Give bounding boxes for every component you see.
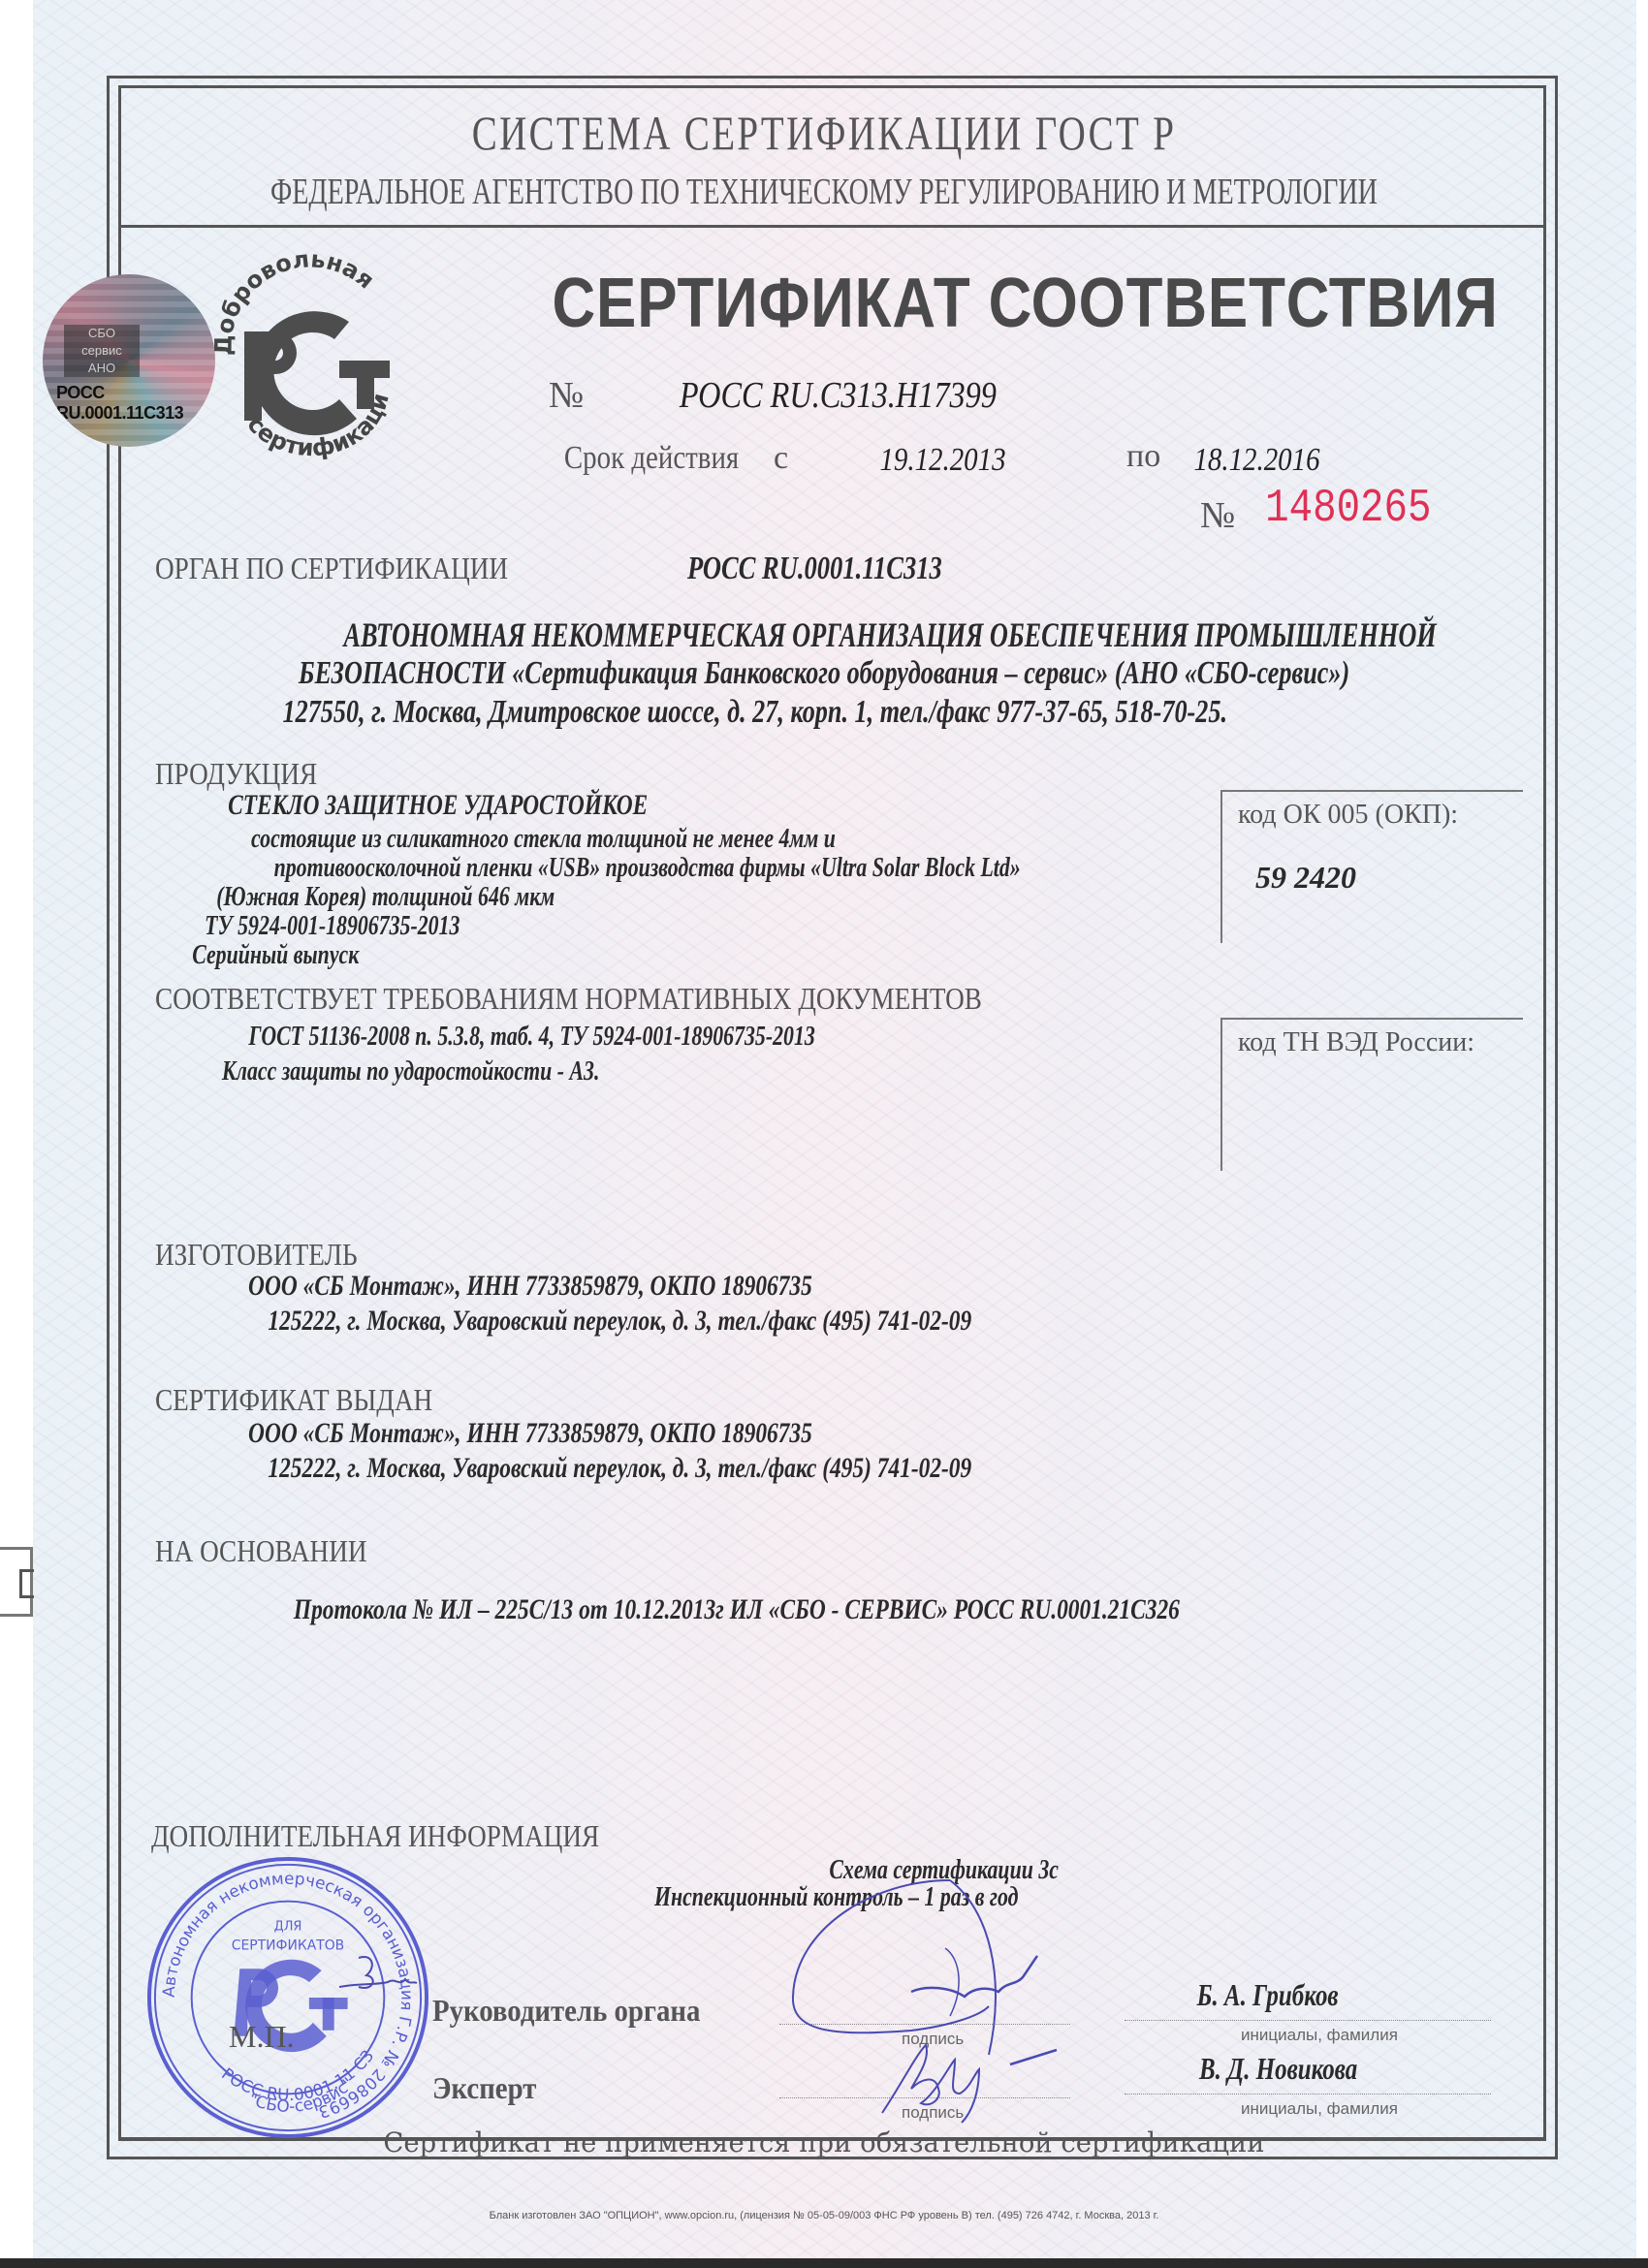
head-name-line: [1125, 2020, 1491, 2021]
printer-imprint: Бланк изготовлен ЗАО "ОПЦИОН", www.opcio…: [0, 2210, 1648, 2221]
certification-body-line: БЕЗОПАСНОСТИ «Сертификация Банковского о…: [299, 655, 1349, 692]
expert-name-caption: инициалы, фамилия: [1241, 2099, 1398, 2119]
hologram-line: СБО: [64, 325, 140, 342]
certification-body-line: АВТОНОМНАЯ НЕКОММЕРЧЕСКАЯ ОРГАНИЗАЦИЯ ОБ…: [343, 614, 1436, 655]
validity-to-label: по: [1126, 438, 1160, 475]
validity-from-label: с: [774, 440, 788, 477]
hologram-line: АНО: [64, 360, 140, 377]
hologram-line: сервис: [64, 342, 140, 360]
product-line: (Южная Корея) толщиной 646 мкм: [216, 882, 555, 913]
okp-code-value: 59 2420: [1255, 860, 1356, 896]
certification-body-label: ОРГАН ПО СЕРТИФИКАЦИИ: [155, 551, 508, 586]
handwritten-signatures-icon: [756, 1871, 1105, 2132]
agency-name: ФЕДЕРАЛЬНОЕ АГЕНТСТВО ПО ТЕХНИЧЕСКОМУ РЕ…: [214, 171, 1434, 213]
seal-place-label: М.П.: [229, 2019, 295, 2055]
expert-name-line: [1125, 2094, 1491, 2095]
manufacturer-label: ИЗГОТОВИТЕЛЬ: [155, 1237, 358, 1273]
tnved-code-box: код ТН ВЭД России:: [1220, 1018, 1523, 1171]
compliance-line: ГОСТ 51136-2008 п. 5.3.8, таб. 4, ТУ 592…: [248, 1022, 814, 1053]
system-title: СИСТЕМА СЕРТИФИКАЦИИ ГОСТ Р: [181, 105, 1467, 161]
issued-to-line: ООО «СБ Монтаж», ИНН 7733859879, ОКПО 18…: [248, 1417, 812, 1450]
product-label: ПРОДУКЦИЯ: [155, 756, 317, 792]
basis-text: Протокола № ИЛ – 225С/13 от 10.12.2013г …: [294, 1593, 1180, 1626]
svg-text:Добровольная: Добровольная: [210, 254, 380, 356]
product-name: СТЕКЛО ЗАЩИТНОЕ УДАРОСТОЙКОЕ: [228, 789, 648, 822]
form-number-sign: №: [1200, 494, 1235, 537]
voluntary-notice: Сертификат не применяется при обязательн…: [16, 2126, 1632, 2158]
scan-margin-left: [0, 0, 33, 2268]
stamp-signature-icon: [320, 1948, 427, 2016]
okp-code-box: код ОК 005 (ОКП): 59 2420: [1220, 790, 1523, 943]
voluntary-certification-logo-icon: Добровольная сертификация: [194, 254, 427, 477]
issued-to-label: СЕРТИФИКАТ ВЫДАН: [155, 1382, 432, 1418]
compliance-line: Класс защиты по ударостойкости - А3.: [222, 1056, 600, 1087]
number-sign: №: [549, 374, 584, 417]
okp-code-label: код ОК 005 (ОКП):: [1238, 800, 1458, 831]
certification-body-code: РОСС RU.0001.11С313: [687, 551, 942, 587]
basis-label: НА ОСНОВАНИИ: [155, 1533, 366, 1569]
expert-name: В. Д. Новикова: [1199, 2051, 1357, 2087]
stamp-center-top: ДЛЯ: [274, 1919, 302, 1934]
additional-info-label: ДОПОЛНИТЕЛЬНАЯ ИНФОРМАЦИЯ: [151, 1818, 599, 1854]
compliance-label: СООТВЕТСТВУЕТ ТРЕБОВАНИЯМ НОРМАТИВНЫХ ДО…: [155, 981, 982, 1017]
hologram-sticker: СБО сервис АНО РОСС RU.0001.11С313: [43, 274, 215, 447]
scan-artifact: [0, 1547, 33, 1617]
head-name: Б. А. Грибков: [1197, 1977, 1339, 2013]
validity-label: Срок действия: [564, 440, 739, 477]
tnved-code-label: код ТН ВЭД России:: [1238, 1027, 1474, 1058]
certificate-title: СЕРТИФИКАТ СООТВЕТСТВИЯ: [552, 264, 1498, 343]
certificate-number: РОСС RU.С313.Н17399: [680, 374, 997, 417]
issued-to-line: 125222, г. Москва, Уваровский переулок, …: [268, 1452, 971, 1485]
head-of-body-label: Руководитель органа: [432, 1993, 700, 2029]
valid-from-date: 19.12.2013: [879, 442, 1005, 479]
manufacturer-line: 125222, г. Москва, Уваровский переулок, …: [268, 1305, 971, 1338]
head-name-caption: инициалы, фамилия: [1241, 2026, 1398, 2045]
valid-to-date: 18.12.2016: [1193, 442, 1319, 479]
expert-label: Эксперт: [432, 2070, 536, 2106]
product-line: ТУ 5924-001-18906735-2013: [205, 911, 460, 942]
hologram-box: СБО сервис АНО: [64, 325, 140, 377]
product-line: противоосколочной пленки «USB» производс…: [274, 853, 1021, 884]
product-line: состоящие из силикатного стекла толщиной…: [251, 824, 836, 855]
header-divider: [118, 225, 1546, 228]
product-line: Серийный выпуск: [192, 940, 359, 971]
form-serial-number: 1480265: [1265, 483, 1431, 535]
manufacturer-line: ООО «СБ Монтаж», ИНН 7733859879, ОКПО 18…: [248, 1270, 812, 1303]
certification-body-line: 127550, г. Москва, Дмитровское шоссе, д.…: [283, 694, 1227, 731]
logo-top-text: Добровольная: [210, 254, 380, 356]
scan-edge-bottom: [0, 2258, 1648, 2268]
scan-margin-right: [1636, 0, 1648, 2268]
hologram-code: РОСС RU.0001.11С313: [56, 383, 215, 424]
